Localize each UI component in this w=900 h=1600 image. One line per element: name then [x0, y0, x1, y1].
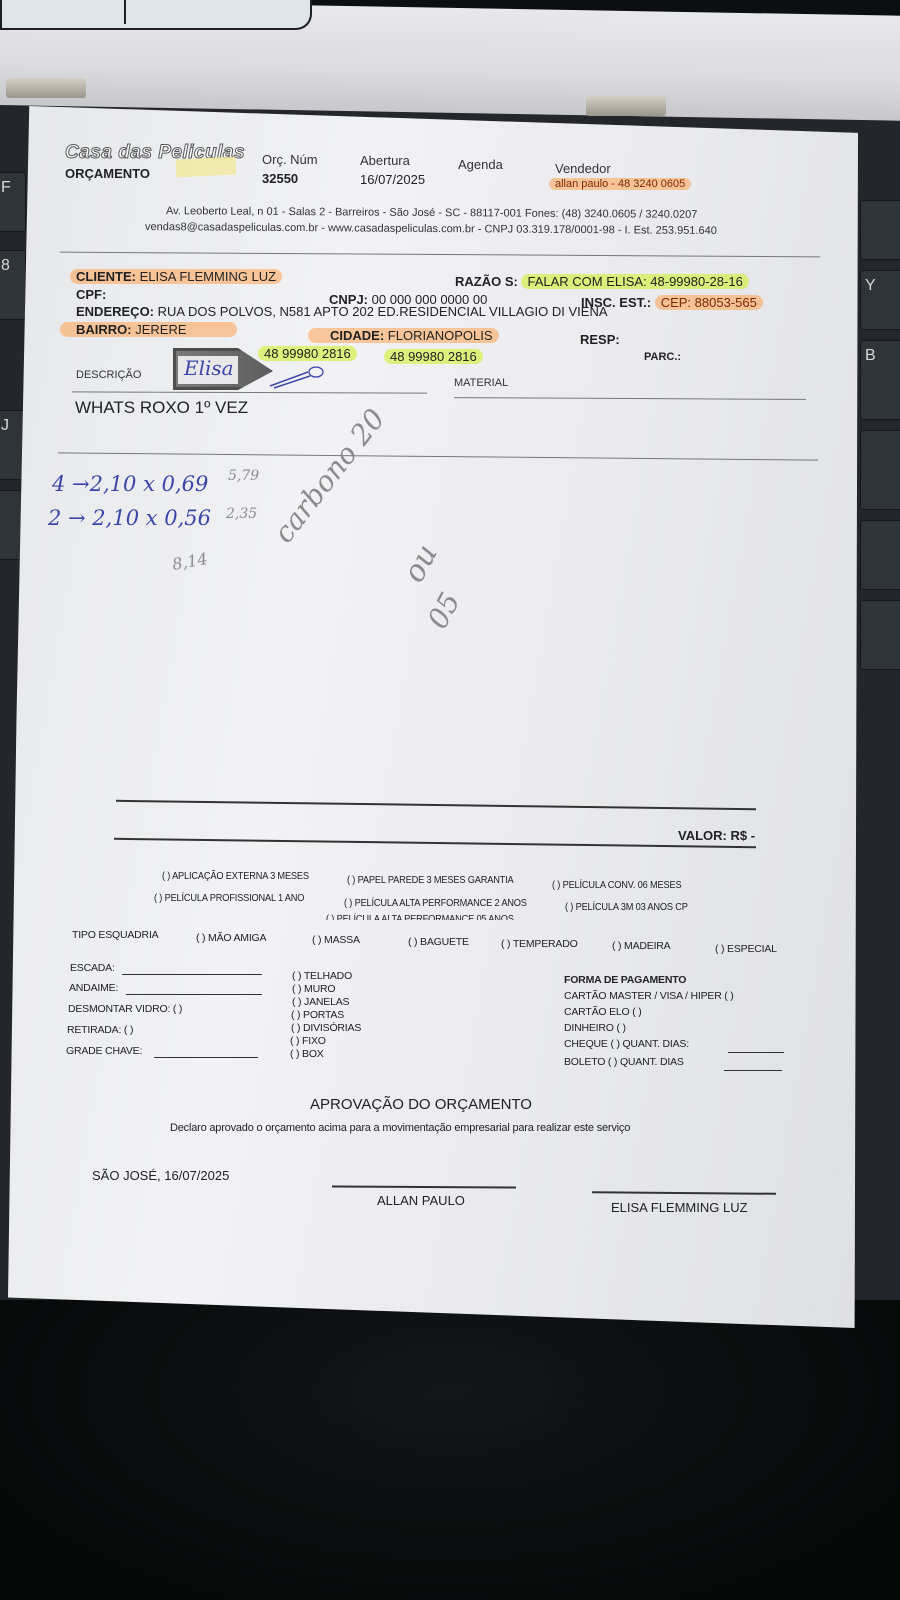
esquadria-mao-amiga[interactable]: ( ) MÃO AMIGA: [196, 932, 266, 944]
key-right-6: [860, 600, 900, 670]
key-right-4: [860, 430, 900, 510]
bairro-field: BAIRRO: JERERE: [60, 322, 237, 337]
note-ou: ou: [396, 539, 444, 588]
service-aplicacao-externa[interactable]: ( ) APLICAÇÃO EXTERNA 3 MESES: [162, 870, 309, 882]
valor-label: VALOR: R$ -: [678, 828, 755, 843]
service-pelicula-profissional[interactable]: ( ) PELÍCULA PROFISSIONAL 1 ANO: [154, 892, 304, 904]
esquadria-baguete[interactable]: ( ) BAGUETE: [408, 936, 469, 948]
phone-1: 48 99980 2816: [258, 346, 357, 361]
local-muro[interactable]: ( ) MURO: [292, 983, 335, 995]
descricao-underline: [72, 391, 427, 393]
service-pelicula-3m[interactable]: ( ) PELÍCULA 3M 03 ANOS CP: [565, 901, 688, 913]
calc-result-2: 2,35: [226, 506, 257, 522]
parc-label: PARC.:: [644, 351, 681, 363]
razao-field: RAZÃO S: FALAR COM ELISA: 48-99980-28-16: [455, 274, 749, 289]
insc-field: INSC. EST.: CEP: 88053-565: [581, 295, 763, 310]
esquadria-massa[interactable]: ( ) MASSA: [312, 934, 360, 946]
descricao-label: DESCRIÇÃO: [76, 369, 141, 381]
esquadria-label: TIPO ESQUADRIA: [72, 929, 158, 941]
abertura-value: 16/07/2025: [360, 172, 425, 187]
local-telhado[interactable]: ( ) TELHADO: [292, 970, 352, 982]
retirada-option[interactable]: RETIRADA: ( ): [67, 1024, 133, 1036]
orc-num-value: 32550: [262, 171, 298, 186]
pagamento-title: FORMA DE PAGAMENTO: [564, 974, 686, 986]
dark-fabric: [0, 1300, 900, 1600]
company-address: Av. Leoberto Leal, n 01 - Salas 2 - Barr…: [166, 205, 697, 221]
pagamento-dinheiro[interactable]: DINHEIRO ( ): [564, 1022, 626, 1034]
calc-line-1: 4 →2,10 x 0,69: [52, 472, 208, 496]
pen-arrow-icon: [268, 360, 328, 390]
cidade-field: CIDADE: FLORIANOPOLIS: [308, 328, 499, 343]
key-f: F: [0, 172, 26, 232]
key-8: 8: [0, 250, 26, 320]
handwritten-name: Elisa: [184, 356, 234, 380]
local-box[interactable]: ( ) BOX: [290, 1048, 324, 1060]
place-date: SÃO JOSÉ, 16/07/2025: [92, 1168, 229, 1183]
material-underline: [454, 397, 806, 400]
service-pelicula-alta-5-cut[interactable]: ( ) PELÍCULA ALTA PERFORMANCE 05 ANOS: [326, 913, 514, 920]
key-right-5: [860, 520, 900, 590]
local-fixo[interactable]: ( ) FIXO: [290, 1035, 326, 1047]
budget-document: Casa das Peliculas ORÇAMENTO Orç. Núm 32…: [8, 106, 858, 1328]
calc-result-1: 5,79: [228, 468, 259, 484]
calc-line-2: 2 → 2,10 x 0,56: [48, 506, 211, 530]
grade-chave-field[interactable]: [154, 1057, 258, 1058]
local-janelas[interactable]: ( ) JANELAS: [292, 996, 349, 1008]
valor-line-top: [116, 800, 756, 810]
grade-chave-label: GRADE CHAVE:: [66, 1045, 142, 1057]
esquadria-madeira[interactable]: ( ) MADEIRA: [612, 940, 670, 952]
signature-line-1[interactable]: [332, 1186, 516, 1189]
key-right-1: [860, 200, 900, 260]
escada-field[interactable]: [122, 974, 262, 975]
endereco-field: ENDEREÇO: RUA DOS POLVOS, N581 APTO 202 …: [76, 304, 608, 319]
calc-total: 8,14: [171, 549, 209, 574]
pagamento-boleto[interactable]: BOLETO ( ) QUANT. DIAS: [564, 1056, 684, 1068]
note-05: 05: [421, 587, 467, 634]
company-contact: vendas8@casadaspeliculas.com.br - www.ca…: [145, 221, 717, 237]
material-label: MATERIAL: [454, 377, 508, 389]
service-pelicula-alta-2[interactable]: ( ) PELÍCULA ALTA PERFORMANCE 2 ANOS: [344, 897, 527, 909]
escada-label: ESCADA:: [70, 962, 115, 974]
key-b: B: [860, 340, 900, 420]
description-text: WHATS ROXO 1º VEZ: [75, 398, 248, 418]
cliente-field: CLIENTE: ELISA FLEMMING LUZ: [70, 269, 282, 284]
signature-line-2[interactable]: [592, 1191, 776, 1195]
hinge-left: [6, 78, 86, 98]
aprovacao-text: Declaro aprovado o orçamento acima para …: [170, 1122, 630, 1134]
orc-num-label: Orç. Núm: [262, 152, 318, 167]
key-y: Y: [860, 270, 900, 330]
service-papel-parede[interactable]: ( ) PAPEL PAREDE 3 MESES GARANTIA: [347, 874, 514, 886]
signer-1: ALLAN PAULO: [377, 1193, 465, 1208]
vendedor-label: Vendedor: [555, 161, 611, 176]
esquadria-temperado[interactable]: ( ) TEMPERADO: [501, 938, 578, 950]
agenda-label: Agenda: [458, 157, 503, 172]
cheque-dias-field[interactable]: [728, 1052, 784, 1053]
andaime-field[interactable]: [126, 994, 262, 995]
pagamento-cartao-elo[interactable]: CARTÃO ELO ( ): [564, 1006, 642, 1018]
note-carbono: carbono 20: [267, 403, 391, 549]
local-divisorias[interactable]: ( ) DIVISÓRIAS: [291, 1022, 361, 1034]
vendedor-value: allan paulo - 48 3240 0605: [549, 178, 691, 190]
document-type: ORÇAMENTO: [65, 166, 150, 181]
esquadria-especial[interactable]: ( ) ESPECIAL: [715, 943, 777, 955]
header-divider: [60, 252, 820, 258]
service-pelicula-conv[interactable]: ( ) PELÍCULA CONV. 06 MESES: [552, 879, 681, 891]
desmontar-vidro-option[interactable]: DESMONTAR VIDRO: ( ): [68, 1003, 182, 1015]
local-portas[interactable]: ( ) PORTAS: [291, 1009, 344, 1021]
pagamento-cheque[interactable]: CHEQUE ( ) QUANT. DIAS:: [564, 1038, 689, 1050]
hinge-right: [586, 96, 666, 116]
screen-tab: [0, 0, 312, 30]
aprovacao-title: APROVAÇÃO DO ORÇAMENTO: [310, 1096, 532, 1113]
description-divider: [58, 452, 818, 460]
highlight-smudge: [176, 156, 237, 177]
phone-2: 48 99980 2816: [384, 349, 483, 364]
cpf-label: CPF:: [76, 287, 106, 302]
resp-label: RESP:: [580, 332, 620, 347]
valor-line-bottom: [114, 838, 756, 848]
pagamento-cartao-master[interactable]: CARTÃO MASTER / VISA / HIPER ( ): [564, 990, 734, 1002]
abertura-label: Abertura: [360, 153, 410, 168]
andaime-label: ANDAIME:: [69, 982, 118, 994]
signer-2: ELISA FLEMMING LUZ: [611, 1200, 748, 1215]
boleto-dias-field[interactable]: [724, 1070, 782, 1071]
